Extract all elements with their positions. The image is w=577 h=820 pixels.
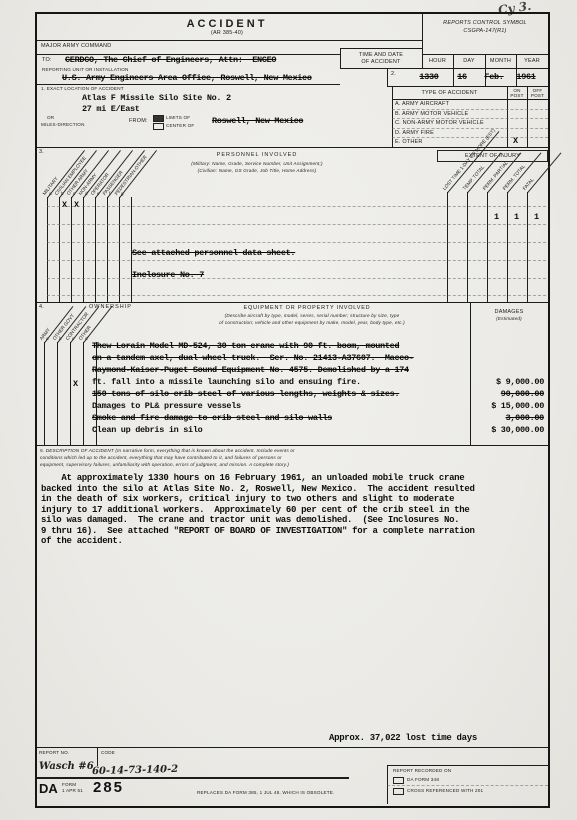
divider [47,295,546,296]
divider [392,118,548,119]
divider [37,747,548,748]
category-letter-e: e [97,191,100,197]
or-label: OR [47,115,54,121]
location-line1: Atlas F Missile Silo Site No. 2 [82,93,231,104]
to-value: CERDCO, The Chief of Engineers, Attn: EN… [65,55,276,66]
divider [83,197,84,302]
category-letter-c: c [73,191,76,197]
divider [71,197,72,302]
equipment-line-7: Smoke and fire damage to crib steel and … [92,413,332,424]
divider [47,242,546,243]
narrative-line-5: silo was damaged. The crane and tractor … [41,515,459,526]
code-value: 60-14-73-140-2 [92,764,178,777]
from-place-value: Roswell, New Mexico [212,116,303,127]
month-value: Feb. [477,72,511,83]
equipment-line-8: Clean up debris in silo [92,425,202,436]
item-2-number: 2. [391,71,396,77]
narrative-line-3: in the death of six workers, critical in… [41,494,454,505]
divider [47,260,546,261]
divider [97,747,98,766]
divider [387,785,548,786]
description-label-2: conditions which led up to the accident,… [40,455,282,461]
equipment-line-3: Raymond-Kaiser-Puget Sound Equipment No.… [92,365,409,376]
report-no-label: REPORT NO. [39,750,69,756]
personnel-note-military: (Military: Name, Grade, Service Number, … [137,161,377,167]
item-3-number: 3. [39,149,44,155]
extent-perm-total-count: 1 [514,212,519,222]
form-title-regulation: (AR 385-40) [97,30,357,36]
narrative-line-1: At approximately 1330 hours on 16 Februa… [41,473,464,484]
report-no-value: Wasch #6 [39,761,94,772]
divider [507,192,508,302]
day-column-label: DAY [453,58,485,64]
divider [340,48,341,68]
personnel-entry-2: Inclosure No. 7 [132,270,204,281]
equipment-describe-note-2: of construction; vehicle and other equip… [132,320,492,326]
da-form-285: ACCIDENT (AR 385-40) REPORTS CONTROL SYM… [35,12,550,808]
divider [387,765,548,766]
other-army-mark: X [74,200,79,210]
type-of-accident-label: TYPE OF ACCIDENT [392,90,507,96]
category-letter-b: b [61,191,64,197]
type-row-army-fire: D. ARMY FIRE [395,130,434,136]
reporting-unit-value: U.S. Army Engineers Area Office, Roswell… [62,73,312,84]
damages-estimated-label: (Estimated) [472,316,546,322]
narrative-line-4: injury to 17 additional workers. Approxi… [41,505,469,516]
center-of-label: CENTER OF [166,123,194,129]
owner-letter-b: b [59,336,62,342]
damages-label: DAMAGES [472,309,546,315]
description-label-1: 5. DESCRIPTION OF ACCIDENT (In narrative… [40,448,295,454]
personnel-involved-title: PERSONNEL INVOLVED [197,152,317,158]
equipment-line-6: Damages to PL& pressure vessels [92,401,241,412]
owner-letter-d: d [85,336,88,342]
divider [47,278,546,279]
report-recorded-on-label: REPORT RECORDED ON [393,768,451,774]
divider [392,137,548,138]
divider [392,99,548,100]
center-of-checkbox [153,123,164,130]
divider [83,342,84,445]
divider [340,48,422,49]
category-letter-d: d [85,191,88,197]
type-row-motor-vehicle: B. ARMY MOTOR VEHICLE [395,111,468,117]
equipment-describe-note-1: (Describe aircraft by type, model, serie… [132,313,492,319]
divider [392,109,548,110]
da-form-348-checkbox [393,777,404,784]
divider [47,206,546,207]
equipment-line-4: ft. fall into a missile launching silo a… [92,377,361,388]
reports-control-symbol-label: REPORTS CONTROL SYMBOL [425,20,545,26]
divider [467,192,468,302]
divider [527,192,528,302]
equipment-title: EQUIPMENT OR PROPERTY INVOLVED [157,305,457,311]
narrative-line-2: backed into the silo at Atlas Site No. 2… [41,484,475,495]
category-letter-a: a [49,191,52,197]
damage-value-5: $ 30,000.00 [474,425,544,436]
da-form-348-label: DA FORM 348 [407,777,439,783]
divider [119,197,120,302]
type-other-on-post-mark: X [513,136,518,146]
description-label-3: equipment, supervisory failures, unfamil… [40,462,289,468]
time-date-label-1: TIME AND DATE [342,52,420,58]
divider [487,192,488,302]
form-title: ACCIDENT [97,18,357,30]
replaces-note: REPLACES DA FORM 385, 1 JUL 48, WHICH IS… [197,790,334,796]
narrative-line-7: of the accident. [41,536,123,547]
divider [447,192,448,302]
divider [387,68,388,86]
hour-column-label: HOUR [422,58,453,64]
damage-value-4: 3,000.00 [474,413,544,424]
exact-location-label: 1. EXACT LOCATION OF ACCIDENT [41,86,124,92]
divider [47,197,48,302]
da-form-prefix: DA [39,781,58,796]
divider [95,197,96,302]
extent-fatal-count: 1 [534,212,539,222]
hour-value: 1330 [411,72,447,83]
year-column-label: YEAR [516,58,548,64]
personnel-entry-1: See attached personnel data sheet. [132,248,295,259]
civilian-employee-mark: X [62,200,67,210]
equipment-line-1: Thew Lorain Model MD-524, 30 ton crane w… [92,341,399,352]
form-date-label: 1 APR 51 [62,788,83,794]
divider [59,197,60,302]
divider [37,40,422,41]
location-line2: 27 mi E/East [82,104,140,115]
divider [70,342,71,445]
divider [47,224,546,225]
damage-value-1: $ 9,000.00 [474,377,544,388]
divider [470,302,471,445]
month-column-label: MONTH [485,58,516,64]
major-army-command-label: MAJOR ARMY COMMAND [41,43,111,49]
from-label: FROM: [129,118,148,124]
year-value: 1961 [509,72,543,83]
form-number: 285 [93,779,124,796]
to-label: TO: [42,57,52,63]
divider [107,197,108,302]
lost-time-note: Approx. 37,022 lost time days [329,733,477,744]
code-label: CODE [101,750,115,756]
type-row-other: E. OTHER [395,139,423,145]
divider [37,777,349,779]
equipment-line-5: 150 tons of silo crib steel of various l… [92,389,399,400]
owner-letter-a: a [46,336,49,342]
type-row-aircraft: A. ARMY AIRCRAFT [395,101,449,107]
scanned-accident-report-page: Cy 3. ACCIDENT (AR 385-40) REPORTS CONTR… [0,0,577,820]
narrative-line-6: 9 thru 16). See attached "REPORT OF BOAR… [41,526,475,537]
owner-letter-c: c [72,336,75,342]
divider [387,86,548,87]
divider [37,445,548,446]
cross-referenced-checkbox [393,788,404,795]
time-date-label-2: OF ACCIDENT [342,59,420,65]
damage-value-3: $ 15,000.00 [474,401,544,412]
owner-contractor-mark: X [73,379,78,389]
limits-of-label: LIMITS OF [166,115,190,121]
item-4-number: 4. [39,304,44,310]
divider [37,84,340,85]
equipment-line-2: on a tandem axel, dual wheel truck. Ser.… [92,353,414,364]
divider [392,128,548,129]
extent-perm-partial-count: 1 [494,212,499,222]
type-row-non-army-vehicle: C. NON-ARMY MOTOR VEHICLE [395,120,484,126]
category-letter-f: f [109,191,110,197]
limits-of-checkbox [153,115,164,122]
category-letter-g: g [121,191,124,197]
divider [44,342,45,445]
damage-value-2: 90,000.00 [474,389,544,400]
divider [57,342,58,445]
cross-referenced-label: CROSS REFERENCED WITH 201 [407,788,483,794]
reports-control-symbol-value: CSGPA-147(R1) [425,28,545,34]
miles-direction-label: MILES-DIRECTION [41,122,85,128]
personnel-note-civilian: (Civilian: Name, GS Grade, Job Title, Ho… [137,168,377,174]
day-value: 16 [449,72,475,83]
